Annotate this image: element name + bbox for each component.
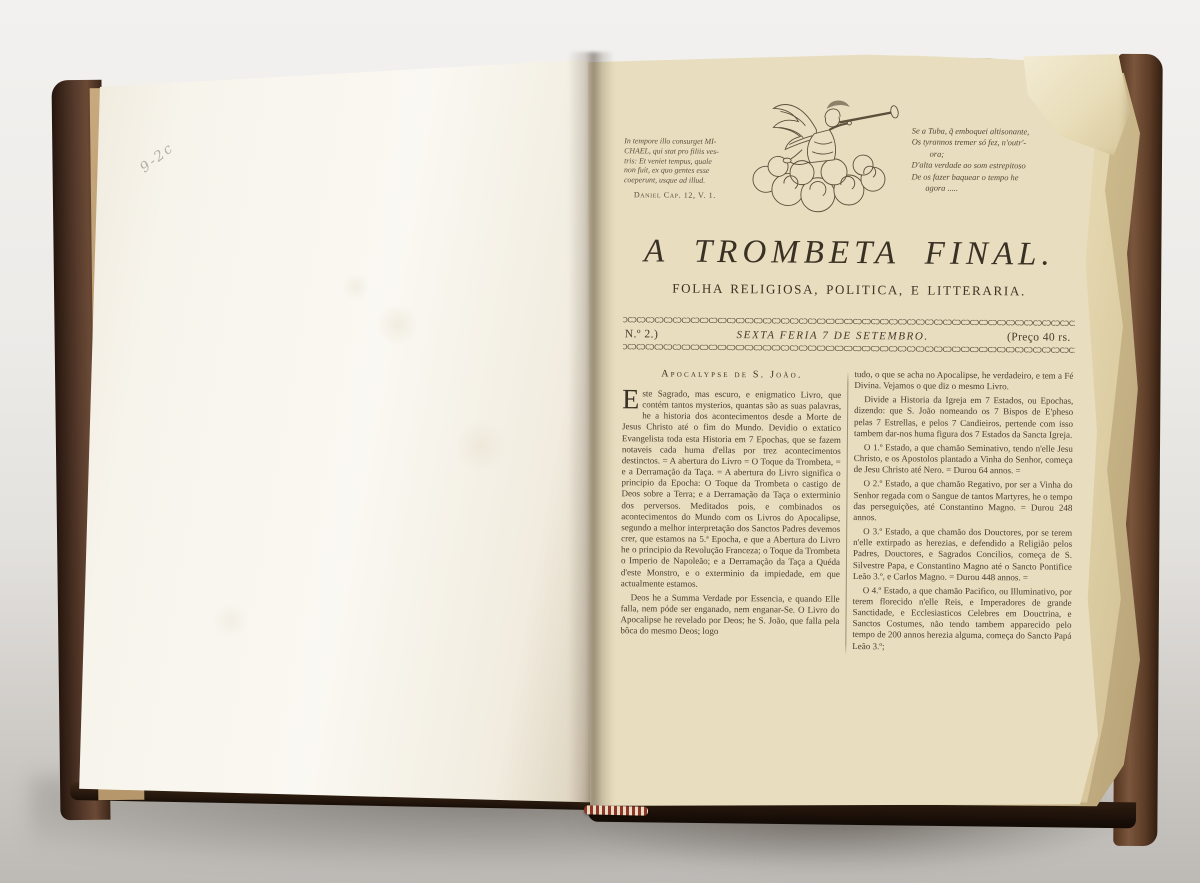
- issue-date: SEXTA FERIA 7 DE SETEMBRO.: [737, 328, 929, 345]
- paragraph: O 4.º Estado, a que chamão Pacifico, ou …: [852, 585, 1072, 654]
- gutter-shadow: [568, 52, 614, 808]
- verse-line: agora .....: [911, 183, 1076, 196]
- paragraph: Este Sagrado, mas escuro, e enigmatico L…: [621, 388, 842, 591]
- epigraph-source: Daniel Cap. 12, V. 1.: [624, 190, 744, 201]
- issue-number: N.º 2.): [625, 327, 659, 342]
- verse-line: D'alta verdade ao som estrepitoso: [912, 160, 1077, 173]
- photograph-of-open-book: 9-2c In tempore illo consurget MI- CHAEL…: [0, 0, 1200, 883]
- paragraph: tudo, o que se acha no Apocalipse, he ve…: [854, 369, 1073, 393]
- masthead: In tempore illo consurget MI- CHAEL, qui…: [624, 90, 1077, 221]
- issue-price: (Preço 40 rs.: [1007, 330, 1071, 345]
- left-column: Apocalypse de S. João. Este Sagrado, mas…: [620, 367, 841, 654]
- article-columns: Apocalypse de S. João. Este Sagrado, mas…: [620, 367, 1074, 656]
- angel-trumpet-engraving: [743, 91, 906, 219]
- angel-trumpet-illustration: [743, 91, 906, 214]
- paragraph: O 1.º Estado, a que chamão Seminativo, t…: [854, 442, 1073, 477]
- epigraph-line: CHAEL, qui stat pro filiis ves-: [624, 146, 744, 157]
- latin-epigraph: In tempore illo consurget MI- CHAEL, qui…: [624, 90, 744, 201]
- column-rule: [845, 371, 848, 655]
- right-column: tudo, o que se acha no Apocalipse, he ve…: [852, 369, 1073, 656]
- newspaper-title: A TROMBETA FINAL.: [623, 233, 1075, 273]
- paragraph: O 2.º Estado, a que chamão Regativo, por…: [853, 478, 1072, 524]
- paragraph: O 3.º Estado, a que chamão dos Douctores…: [853, 526, 1072, 583]
- paragraph: Divide a Historia da Igreja em 7 Estados…: [854, 394, 1073, 440]
- portuguese-verse-epigraph: Se a Tuba, q̃ emboquei altisonante, Os t…: [905, 92, 1076, 195]
- paragraph: Deos he a Summa Verdade por Essencia, e …: [620, 592, 839, 638]
- epigraph-line: In tempore illo consurget MI-: [624, 136, 744, 147]
- printed-page-content: In tempore illo consurget MI- CHAEL, qui…: [619, 90, 1076, 770]
- section-heading: Apocalypse de S. João.: [622, 368, 841, 381]
- newspaper-subtitle: FOLHA RELIGIOSA, POLITICA, E LITTERARIA.: [623, 280, 1075, 300]
- epigraph-line: coeperunt, usque ad illud.: [624, 175, 744, 186]
- striped-endband: [584, 805, 648, 816]
